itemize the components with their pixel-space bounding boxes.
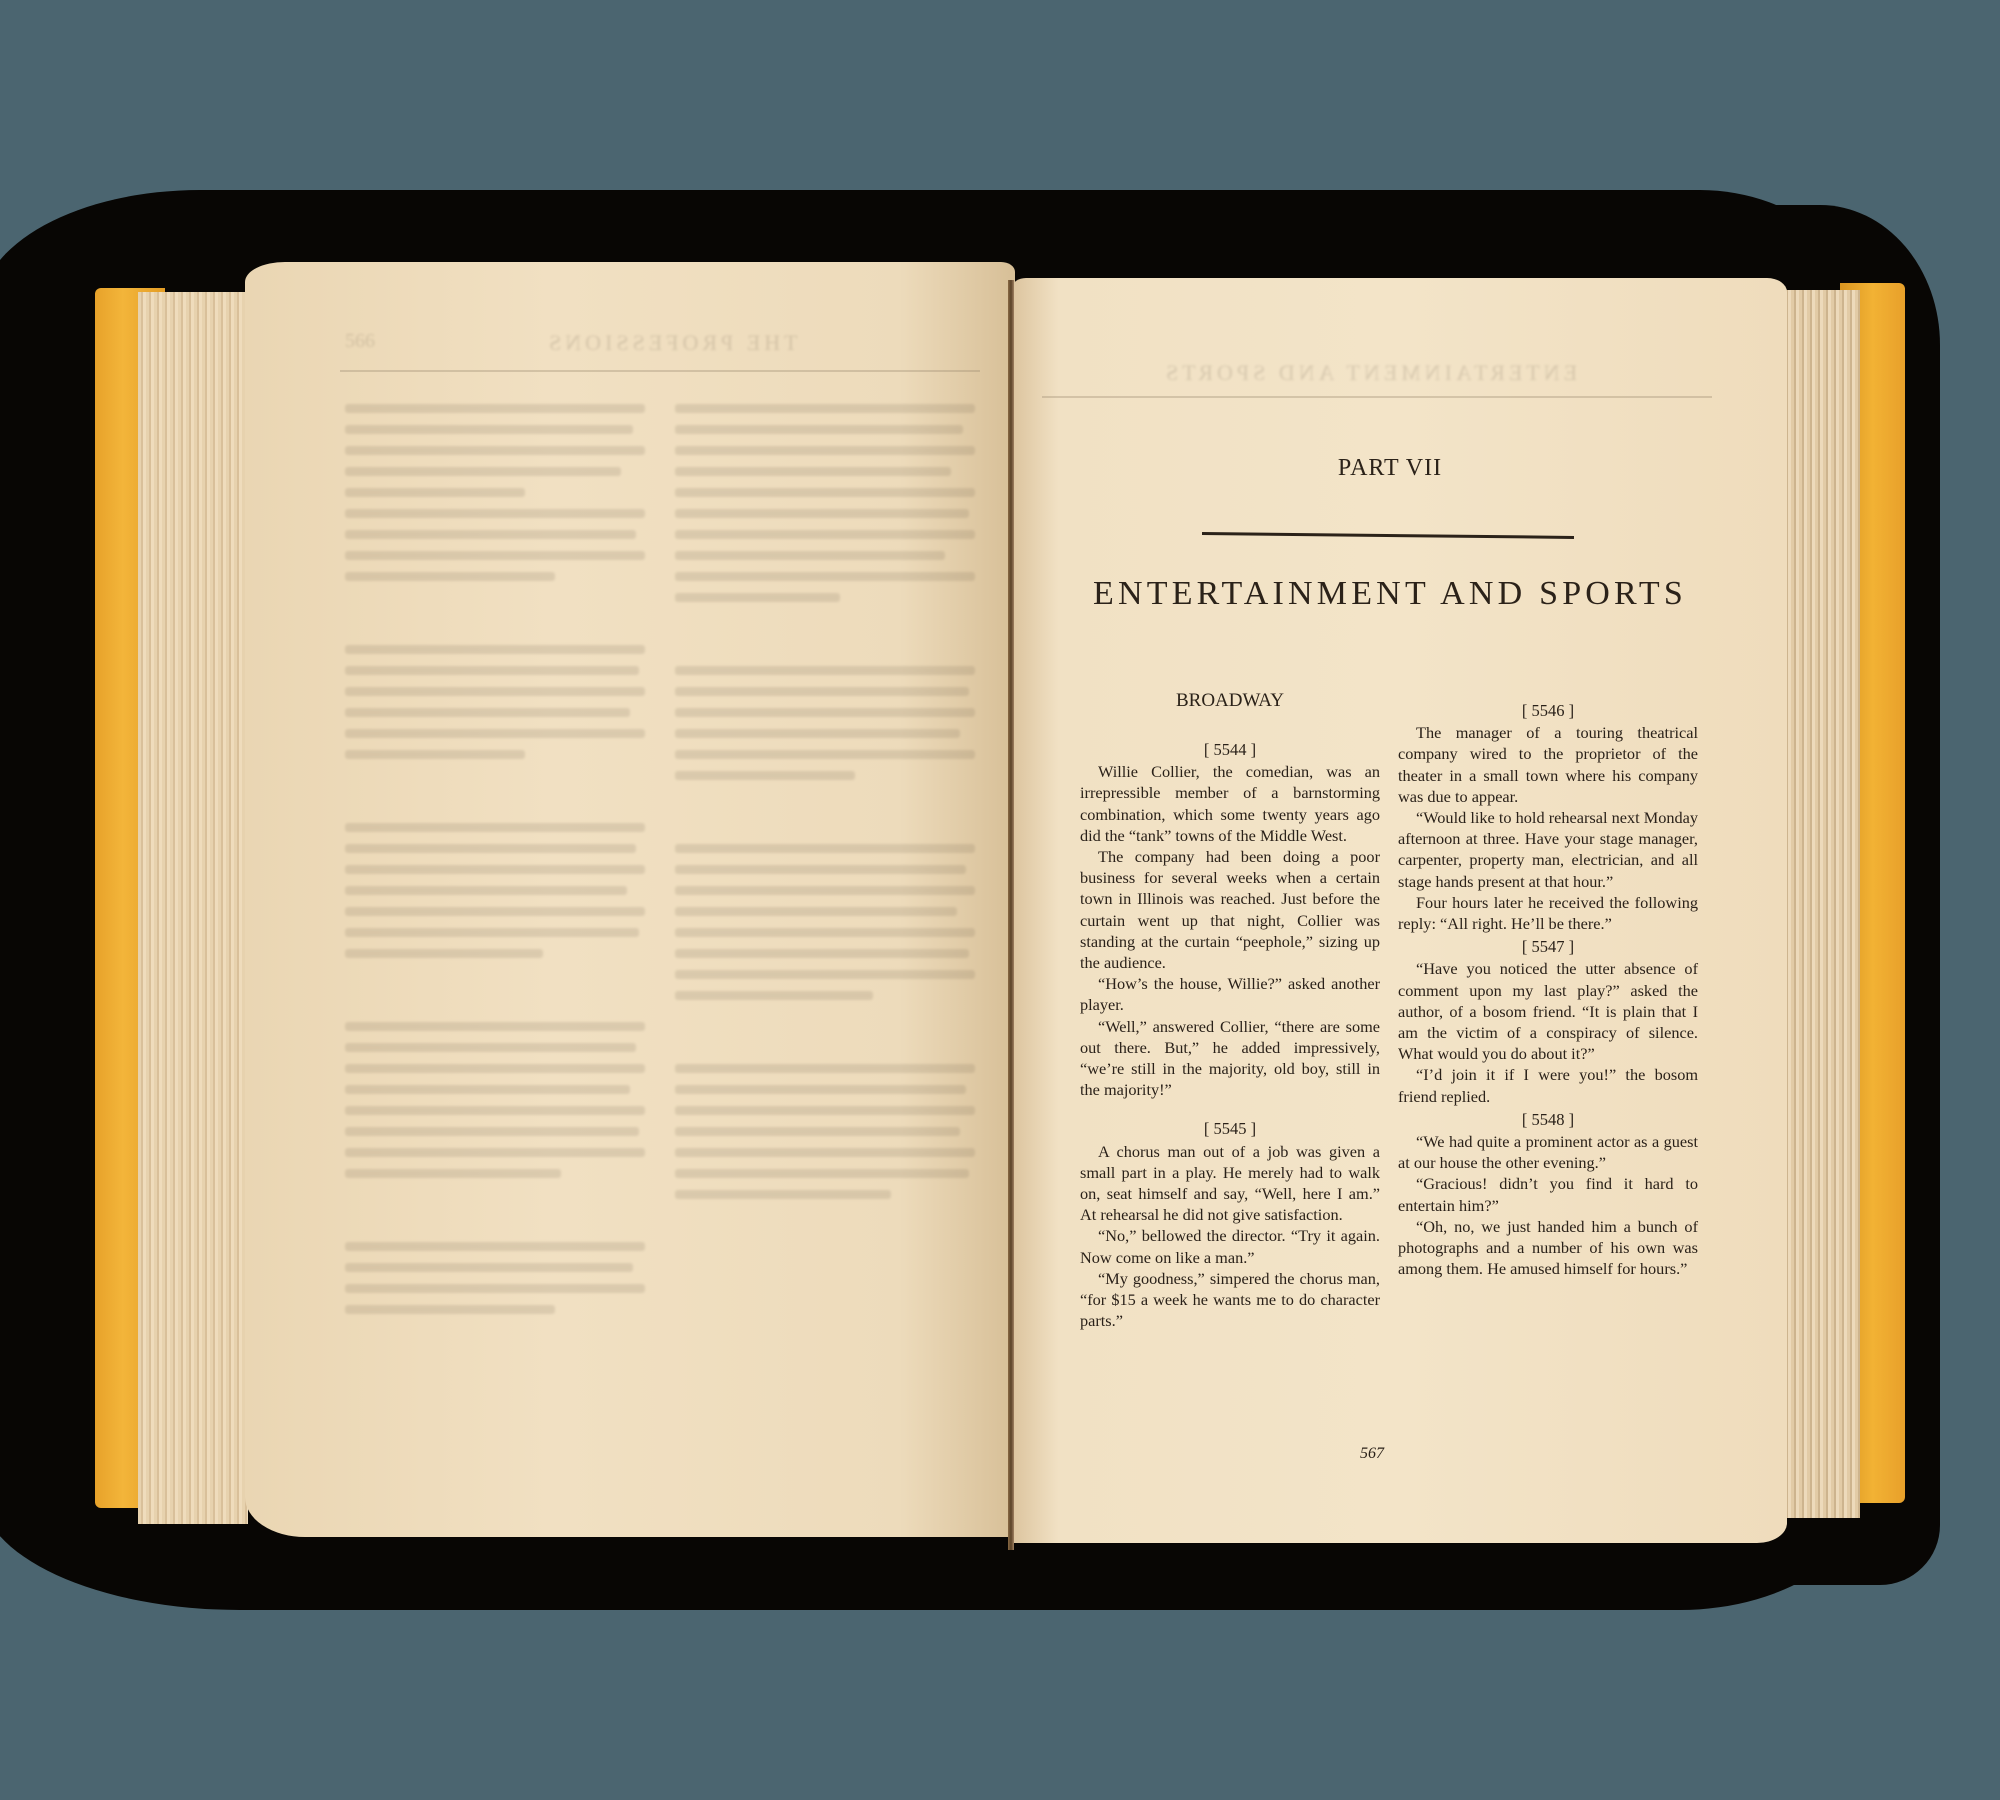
paragraph: Four hours later he received the followi… bbox=[1398, 892, 1698, 934]
left-running-header: THE PROFESSIONS bbox=[545, 330, 798, 356]
left-column-b bbox=[675, 392, 975, 1211]
page-number: 567 bbox=[1360, 1445, 1384, 1463]
paragraph: “My goodness,” simpered the chorus man, … bbox=[1080, 1268, 1380, 1332]
section-heading: BROADWAY bbox=[1080, 690, 1380, 712]
text-column-left: [ 5544 ] Willie Collier, the comedian, w… bbox=[1080, 737, 1380, 1331]
right-header-rule bbox=[1042, 396, 1712, 398]
left-header-rule bbox=[340, 370, 980, 372]
paragraph: “No,” bellowed the director. “Try it aga… bbox=[1080, 1225, 1380, 1267]
paragraph: “Oh, no, we just handed him a bunch of p… bbox=[1398, 1216, 1698, 1280]
left-page: THE PROFESSIONS 566 bbox=[245, 262, 1015, 1537]
paragraph: The manager of a touring theatri­cal com… bbox=[1398, 722, 1698, 807]
page-edges-left bbox=[138, 292, 248, 1524]
entry-number: [ 5544 ] bbox=[1080, 739, 1380, 760]
right-running-header-showthrough: ENTERTAINMENT AND SPORTS bbox=[1162, 360, 1577, 386]
entry-number: [ 5547 ] bbox=[1398, 936, 1698, 957]
paragraph: “How’s the house, Willie?” asked another… bbox=[1080, 973, 1380, 1015]
paragraph: “Have you noticed the utter ab­sence of … bbox=[1398, 958, 1698, 1064]
paragraph: “Well,” answered Collier, “there are som… bbox=[1080, 1016, 1380, 1101]
page-title: ENTERTAINMENT AND SPORTS bbox=[1070, 575, 1710, 613]
paragraph: Willie Collier, the comedian, was an irr… bbox=[1080, 761, 1380, 846]
page-edges-right bbox=[1775, 290, 1860, 1518]
left-folio: 566 bbox=[345, 330, 375, 353]
paragraph: A chorus man out of a job was given a sm… bbox=[1080, 1141, 1380, 1226]
gutter bbox=[1008, 280, 1014, 1550]
paragraph: The company had been doing a poor busine… bbox=[1080, 846, 1380, 973]
entry-number: [ 5546 ] bbox=[1398, 700, 1698, 721]
part-label: PART VII bbox=[1080, 455, 1700, 482]
entry-number: [ 5548 ] bbox=[1398, 1109, 1698, 1130]
entry-number: [ 5545 ] bbox=[1080, 1118, 1380, 1139]
paragraph: “Would like to hold rehearsal next Monda… bbox=[1398, 807, 1698, 892]
text-column-right: [ 5546 ] The manager of a touring theatr… bbox=[1398, 698, 1698, 1279]
paragraph: “Gracious! didn’t you find it hard to en… bbox=[1398, 1173, 1698, 1215]
left-column-a bbox=[345, 392, 645, 1326]
paragraph: “We had quite a prominent actor as a gue… bbox=[1398, 1131, 1698, 1173]
paragraph: “I’d join it if I were you!” the bosom f… bbox=[1398, 1064, 1698, 1106]
